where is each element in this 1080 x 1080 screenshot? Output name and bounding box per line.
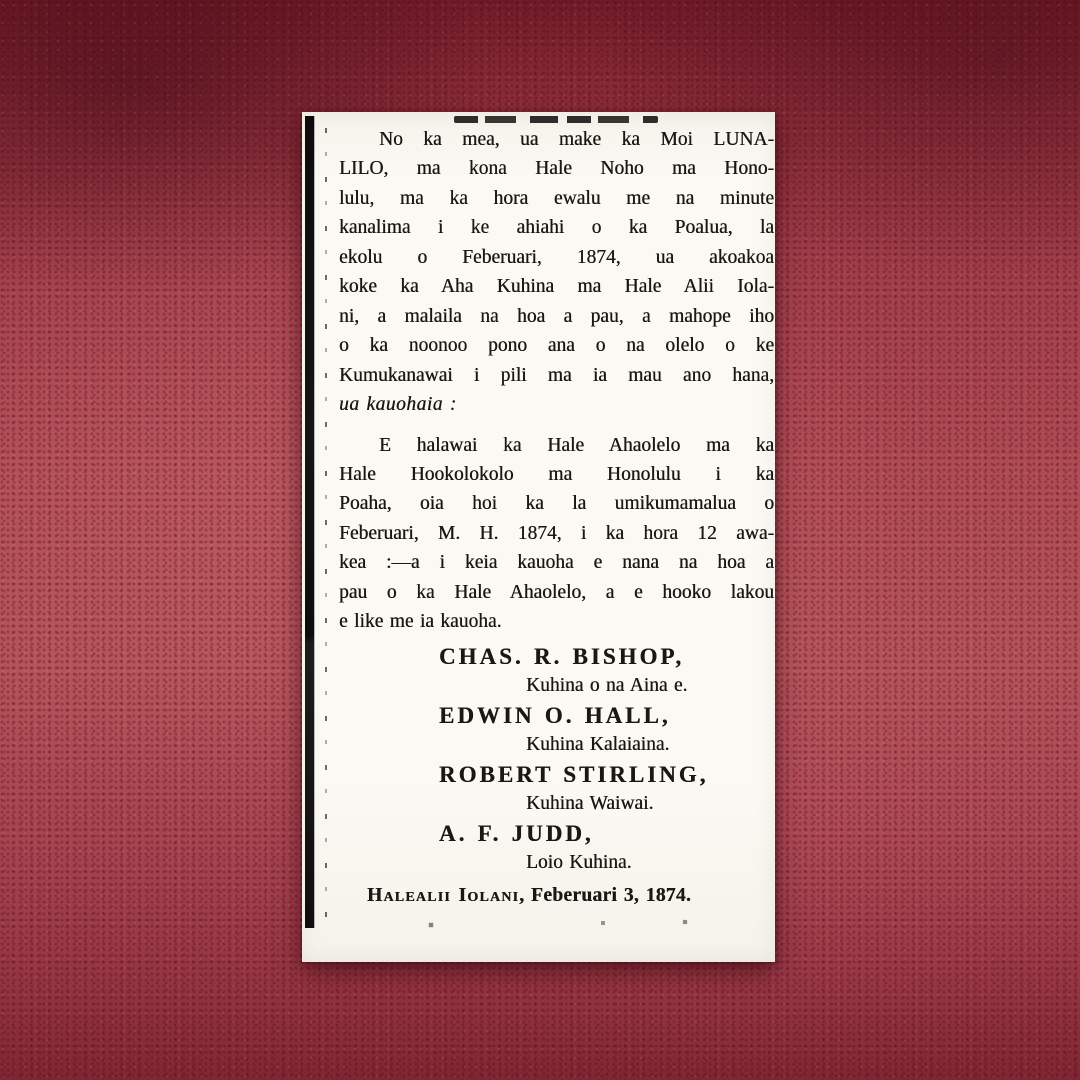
text-line: Poaha, oia hoi ka la umikumamalua o: [339, 489, 774, 518]
text-line: pau o ka Hale Ahaolelo, a e hooko lakou: [339, 578, 774, 607]
signature-name: EDWIN O. HALL,: [439, 701, 774, 732]
text-line: No ka mea, ua make ka Moi LUNA-: [339, 125, 774, 154]
text-line: Hale Hookolokolo ma Honolulu i ka: [339, 460, 774, 489]
text-line: e like me ia kauoha.: [339, 607, 774, 636]
text-line: E halawai ka Hale Ahaolelo ma ka: [339, 431, 774, 460]
signature-name: CHAS. R. BISHOP,: [439, 642, 774, 673]
column-rule-heavy: [305, 116, 314, 928]
text-line: koke ka Aha Kuhina ma Hale Alii Iola-: [339, 272, 774, 301]
text-line: LILO, ma kona Hale Noho ma Hono-: [339, 154, 774, 183]
signature-name: ROBERT STIRLING,: [439, 760, 774, 791]
dateline-date: , Feberuari 3, 1874.: [519, 885, 691, 906]
text-line: kanalima i ke ahiahi o ka Poalua, la: [339, 213, 774, 242]
dateline: Halealii Iolani, Feberuari 3, 1874.: [367, 881, 774, 910]
signature-block: CHAS. R. BISHOP,Kuhina o na Aina e.EDWIN…: [339, 642, 774, 878]
signature-title: Kuhina Waiwai.: [526, 790, 774, 819]
text-line: kea :—a i keia kauoha e nana na hoa a: [339, 548, 774, 577]
signature-title: Kuhina Kalaiaina.: [526, 731, 774, 760]
dateline-place: Halealii Iolani: [367, 885, 519, 906]
text-line: ni, a malaila na hoa a pau, a mahope iho: [339, 302, 774, 331]
ink-specks: [302, 112, 304, 114]
text-line: Feberuari, M. H. 1874, i ka hora 12 awa-: [339, 519, 774, 548]
paragraph-preamble: No ka mea, ua make ka Moi LUNA-LILO, ma …: [339, 125, 774, 420]
signature-name: A. F. JUDD,: [439, 819, 774, 850]
column-rule-dotted: [325, 128, 327, 924]
cropped-headline-fragment: [454, 116, 658, 123]
signature-title: Kuhina o na Aina e.: [526, 672, 774, 701]
paragraph-order: E halawai ka Hale Ahaolelo ma kaHale Hoo…: [339, 431, 774, 637]
article-text: No ka mea, ua make ka Moi LUNA-LILO, ma …: [339, 125, 774, 910]
text-line: ua kauohaia :: [339, 390, 774, 419]
text-line: o ka noonoo pono ana o na olelo o ke: [339, 331, 774, 360]
text-line: ekolu o Feberuari, 1874, ua akoakoa: [339, 243, 774, 272]
signature-title: Loio Kuhina.: [526, 849, 774, 878]
text-line: lulu, ma ka hora ewalu me na minute: [339, 184, 774, 213]
text-line: Kumukanawai i pili ma ia mau ano hana,: [339, 361, 774, 390]
newspaper-clipping: No ka mea, ua make ka Moi LUNA-LILO, ma …: [302, 112, 775, 962]
